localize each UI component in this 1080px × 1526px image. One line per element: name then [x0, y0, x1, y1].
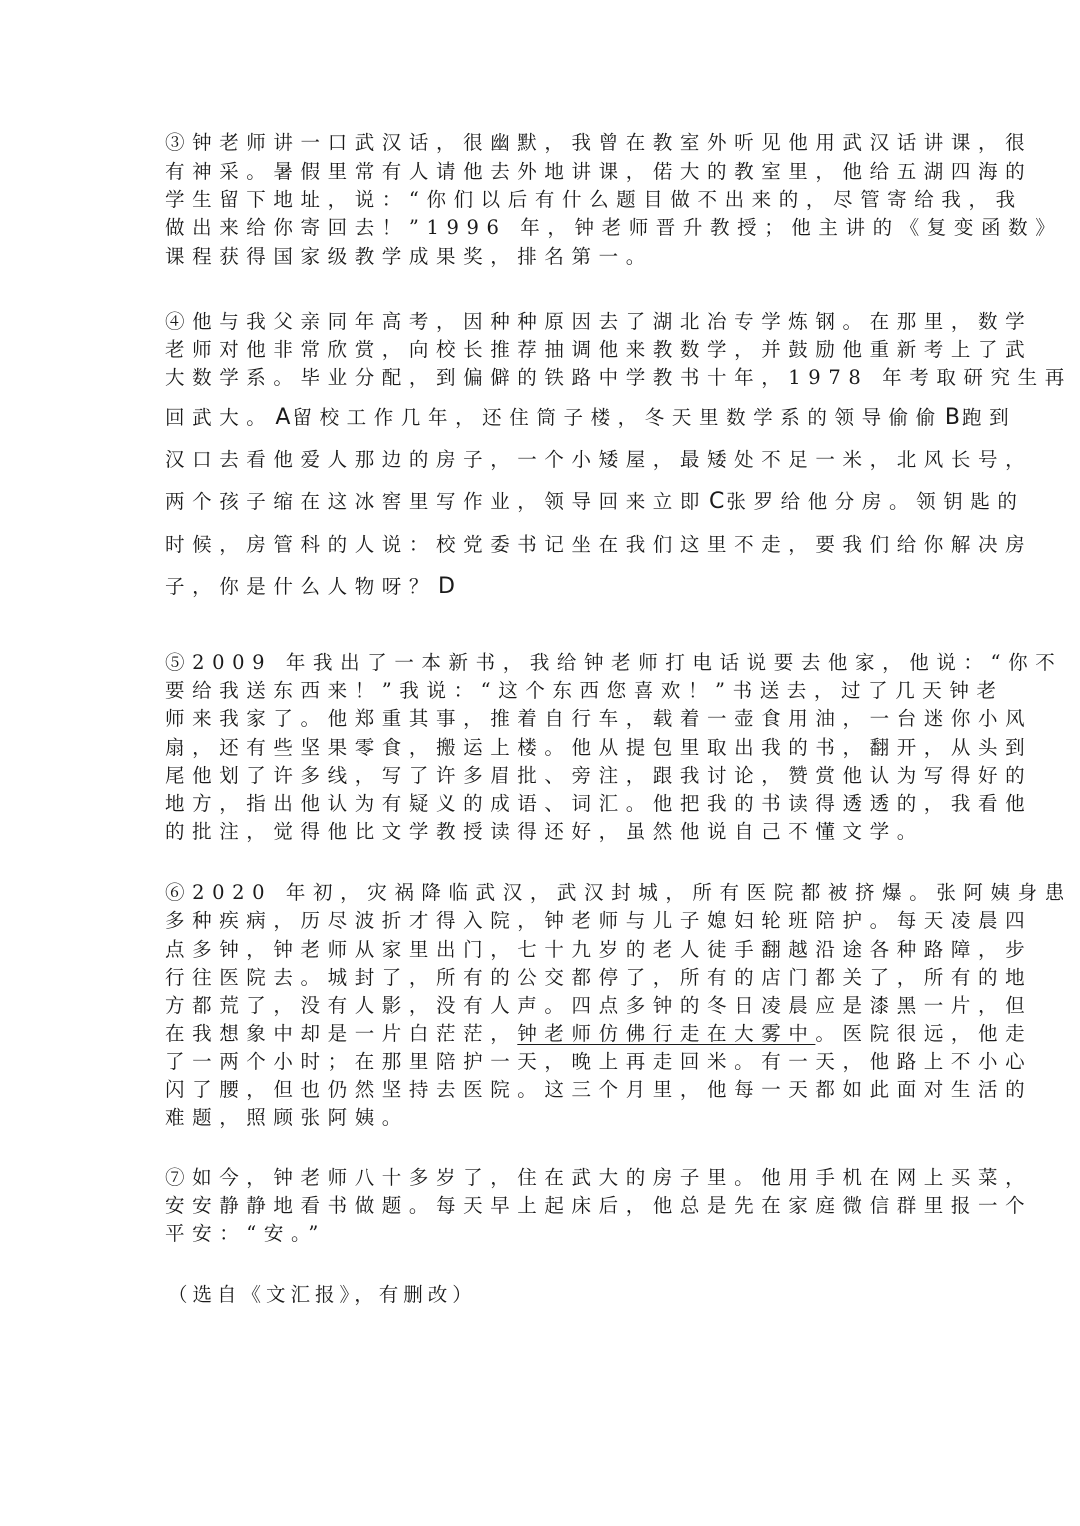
text-line: 课程获得国家级教学成果奖，排名第一。: [165, 243, 915, 271]
source-attribution: （选自《文汇报》，有删改）: [168, 1281, 477, 1309]
blank-marker-a: A: [273, 405, 292, 430]
text-line: 难题，照顾张阿姨。: [165, 1104, 915, 1132]
text-line: 方都荒了，没有人影，没有人声。四点多钟的冬日凌晨应是漆黑一片，但: [165, 992, 915, 1020]
underlined-sentence: 钟老师仿佛行走在大雾中: [517, 1022, 815, 1045]
blank-marker-c: C: [707, 489, 726, 514]
text-line: ④他与我父亲同年高考，因种种原因去了湖北冶专学炼钢。在那里，数学: [165, 308, 915, 336]
text-line: 地方，指出他认为有疑义的成语、词汇。他把我的书读得透透的，我看他: [165, 790, 915, 818]
text-line: ③钟老师讲一口武汉话，很幽默，我曾在教室外听见他用武汉话讲课，很: [165, 129, 915, 157]
document-page: ③钟老师讲一口武汉话，很幽默，我曾在教室外听见他用武汉话讲课，很 有神采。暑假里…: [0, 0, 1080, 1526]
text-line: 子，你是什么人物呀？D: [165, 573, 915, 601]
text-line: 扇，还有些坚果零食，搬运上楼。他从提包里取出我的书，翻开，从头到: [165, 734, 915, 762]
text-line: 平安：“安。”: [165, 1220, 915, 1248]
text-line: ⑤2009 年我出了一本新书，我给钟老师打电话说要去他家，他说：“你不: [165, 649, 915, 677]
text-line: 汉口去看他爱人那边的房子，一个小矮屋，最矮处不足一米，北风长号，: [165, 446, 915, 474]
text-line: 学生留下地址，说：“你们以后有什么题目做不出来的，尽管寄给我，我: [165, 186, 915, 214]
blank-marker-b: B: [943, 405, 962, 430]
text-line: 师来我家了。他郑重其事，推着自行车，载着一壶食用油，一台迷你小风: [165, 705, 915, 733]
text-line: 做出来给你寄回去！”1996 年，钟老师晋升教授；他主讲的《复变函数》: [165, 214, 915, 242]
text-segment: 。医院很远，他走: [815, 1022, 1032, 1045]
text-line: 要给我送东西来！”我说：“这个东西您喜欢！”书送去，过了几天钟老: [165, 677, 915, 705]
text-line: ⑥2020 年初，灾祸降临武汉，武汉封城，所有医院都被挤爆。张阿姨身患: [165, 879, 915, 907]
text-line: 尾他划了许多线，写了许多眉批、旁注，跟我讨论，赞赏他认为写得好的: [165, 762, 915, 790]
text-line: 时候，房管科的人说：校党委书记坐在我们这里不走，要我们给你解决房: [165, 531, 915, 559]
text-segment: 两个孩子缩在这冰窖里写作业，领导回来立即: [165, 490, 707, 513]
blank-marker-d: D: [436, 574, 457, 599]
text-segment: 留校工作几年，还住筒子楼，冬天里数学系的领导偷偷: [292, 406, 942, 429]
text-line: 的批注，觉得他比文学教授读得还好，虽然他说自己不懂文学。: [165, 818, 915, 846]
text-segment: 回武大。: [165, 406, 273, 429]
text-segment: 在我想象中却是一片白茫茫，: [165, 1022, 517, 1045]
text-line: 了一两个小时；在那里陪护一天，晚上再走回米。有一天，他路上不小心: [165, 1048, 915, 1076]
text-segment: 子，你是什么人物呀？: [165, 575, 436, 598]
text-line: ⑦如今，钟老师八十多岁了，住在武大的房子里。他用手机在网上买菜，: [165, 1164, 915, 1192]
text-line: 闪了腰，但也仍然坚持去医院。这三个月里，他每一天都如此面对生活的: [165, 1076, 915, 1104]
text-line: 在我想象中却是一片白茫茫，钟老师仿佛行走在大雾中。医院很远，他走: [165, 1020, 915, 1048]
text-line: 安安静静地看书做题。每天早上起床后，他总是先在家庭微信群里报一个: [165, 1192, 915, 1220]
text-line: 老师对他非常欣赏，向校长推荐抽调他来教数学，并鼓励他重新考上了武: [165, 336, 915, 364]
text-segment: 张罗给他分房。领钥匙的: [726, 490, 1024, 513]
text-line: 大数学系。毕业分配，到偏僻的铁路中学教书十年，1978 年考取研究生再: [165, 364, 915, 392]
text-segment: 跑到: [962, 406, 1016, 429]
text-line: 回武大。A留校工作几年，还住筒子楼，冬天里数学系的领导偷偷B跑到: [165, 404, 915, 432]
text-line: 多种疾病，历尽波折才得入院，钟老师与儿子媳妇轮班陪护。每天凌晨四: [165, 907, 915, 935]
text-line: 行往医院去。城封了，所有的公交都停了，所有的店门都关了，所有的地: [165, 964, 915, 992]
text-line: 有神采。暑假里常有人请他去外地讲课，偌大的教室里，他给五湖四海的: [165, 158, 915, 186]
text-line: 点多钟，钟老师从家里出门，七十九岁的老人徒手翻越沿途各种路障，步: [165, 936, 915, 964]
text-line: 两个孩子缩在这冰窖里写作业，领导回来立即C张罗给他分房。领钥匙的: [165, 488, 915, 516]
